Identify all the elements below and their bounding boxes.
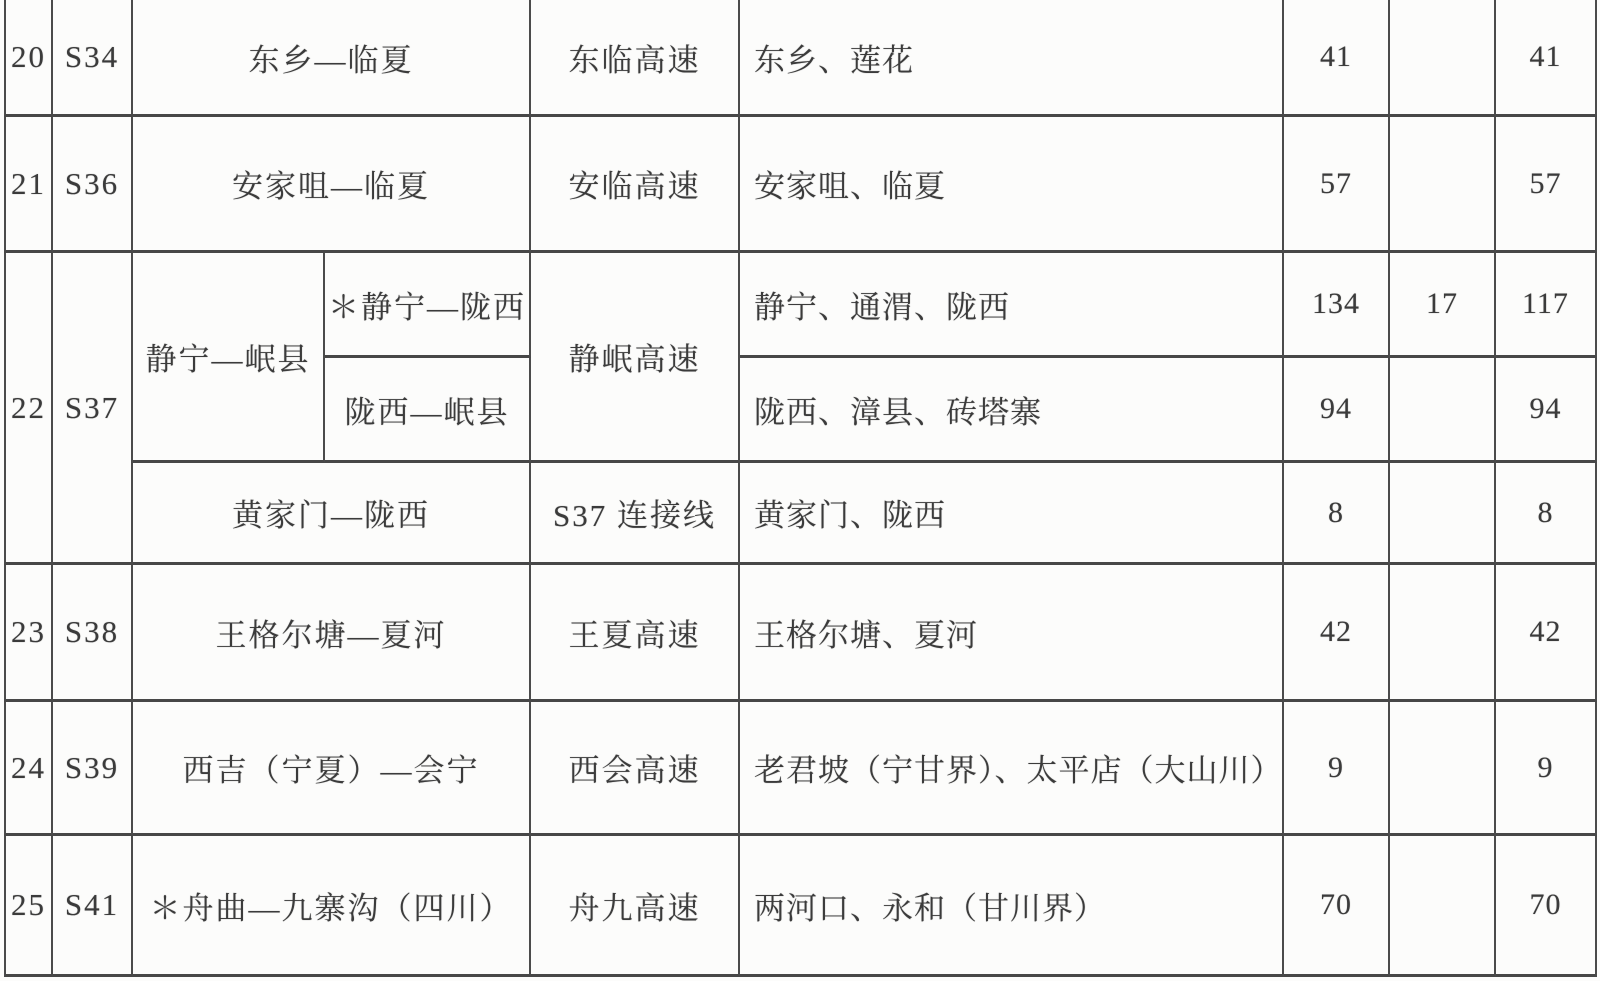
row22-sub1-length1-cell: 134 <box>1284 253 1390 358</box>
row22-highway-main-cell: 静岷高速 <box>531 253 740 463</box>
row23-number-cell: 23 <box>4 565 53 702</box>
row21-control-cell: 安家咀、临夏 <box>740 117 1284 253</box>
row22-sub2-length1-cell: 94 <box>1284 358 1390 463</box>
row20-highway-cell: 东临高速 <box>531 0 740 117</box>
row24-code-cell: S39 <box>53 702 133 836</box>
row23-control-cell: 王格尔塘、夏河 <box>740 565 1284 702</box>
row23-length2-cell <box>1390 565 1496 702</box>
row20-code-cell: S34 <box>53 0 133 117</box>
row22-number-cell: 22 <box>4 253 53 565</box>
row25-length1-cell: 70 <box>1284 836 1390 977</box>
row20-length2-cell <box>1390 0 1496 117</box>
row20-length3-cell: 41 <box>1496 0 1597 117</box>
row22-sub3-control-cell: 黄家门、陇西 <box>740 463 1284 565</box>
row23-length3-cell: 42 <box>1496 565 1597 702</box>
row22-sub3-length1-cell: 8 <box>1284 463 1390 565</box>
row22-sub1-length3-cell: 117 <box>1496 253 1597 358</box>
row21-code-cell: S36 <box>53 117 133 253</box>
row22-sub2-name-cell: 陇西—岷县 <box>325 358 531 463</box>
row22-sub2-length3-cell: 94 <box>1496 358 1597 463</box>
row20-control-cell: 东乡、莲花 <box>740 0 1284 117</box>
row22-sub3-length2-cell <box>1390 463 1496 565</box>
row24-highway-cell: 西会高速 <box>531 702 740 836</box>
row25-number-cell: 25 <box>4 836 53 977</box>
row22-sub3-name-cell: 黄家门—陇西 <box>133 463 531 565</box>
row23-name-cell: 王格尔塘—夏河 <box>133 565 531 702</box>
row23-code-cell: S38 <box>53 565 133 702</box>
scanned-highway-table-page: 20 S34 东乡—临夏 东临高速 东乡、莲花 41 41 21 S36 安家咀… <box>0 0 1600 981</box>
row24-length2-cell <box>1390 702 1496 836</box>
row25-highway-cell: 舟九高速 <box>531 836 740 977</box>
row21-number-cell: 21 <box>4 117 53 253</box>
row24-control-cell: 老君坡（宁甘界）、太平店（大山川） <box>740 702 1284 836</box>
row25-control-cell: 两河口、永和（甘川界） <box>740 836 1284 977</box>
row21-name-cell: 安家咀—临夏 <box>133 117 531 253</box>
row22-highway-sub3-cell: S37 连接线 <box>531 463 740 565</box>
row24-number-cell: 24 <box>4 702 53 836</box>
row24-name-cell: 西吉（宁夏）—会宁 <box>133 702 531 836</box>
row22-sub3-length3-cell: 8 <box>1496 463 1597 565</box>
row25-code-cell: S41 <box>53 836 133 977</box>
row24-length1-cell: 9 <box>1284 702 1390 836</box>
row20-name-cell: 东乡—临夏 <box>133 0 531 117</box>
row21-length1-cell: 57 <box>1284 117 1390 253</box>
row22-sub1-control-cell: 静宁、通渭、陇西 <box>740 253 1284 358</box>
row20-number-cell: 20 <box>4 0 53 117</box>
row22-sub2-control-cell: 陇西、漳县、砖塔寨 <box>740 358 1284 463</box>
row23-length1-cell: 42 <box>1284 565 1390 702</box>
row22-group-name-cell: 静宁—岷县 <box>133 253 325 463</box>
row24-length3-cell: 9 <box>1496 702 1597 836</box>
row25-length3-cell: 70 <box>1496 836 1597 977</box>
row22-sub1-name-cell: ＊静宁—陇西 <box>325 253 531 358</box>
row20-length1-cell: 41 <box>1284 0 1390 117</box>
row23-highway-cell: 王夏高速 <box>531 565 740 702</box>
row22-sub1-length2-cell: 17 <box>1390 253 1496 358</box>
row21-length2-cell <box>1390 117 1496 253</box>
row21-highway-cell: 安临高速 <box>531 117 740 253</box>
row22-sub2-length2-cell <box>1390 358 1496 463</box>
row21-length3-cell: 57 <box>1496 117 1597 253</box>
row22-code-cell: S37 <box>53 253 133 565</box>
row25-length2-cell <box>1390 836 1496 977</box>
row25-name-cell: ＊舟曲—九寨沟（四川） <box>133 836 531 977</box>
